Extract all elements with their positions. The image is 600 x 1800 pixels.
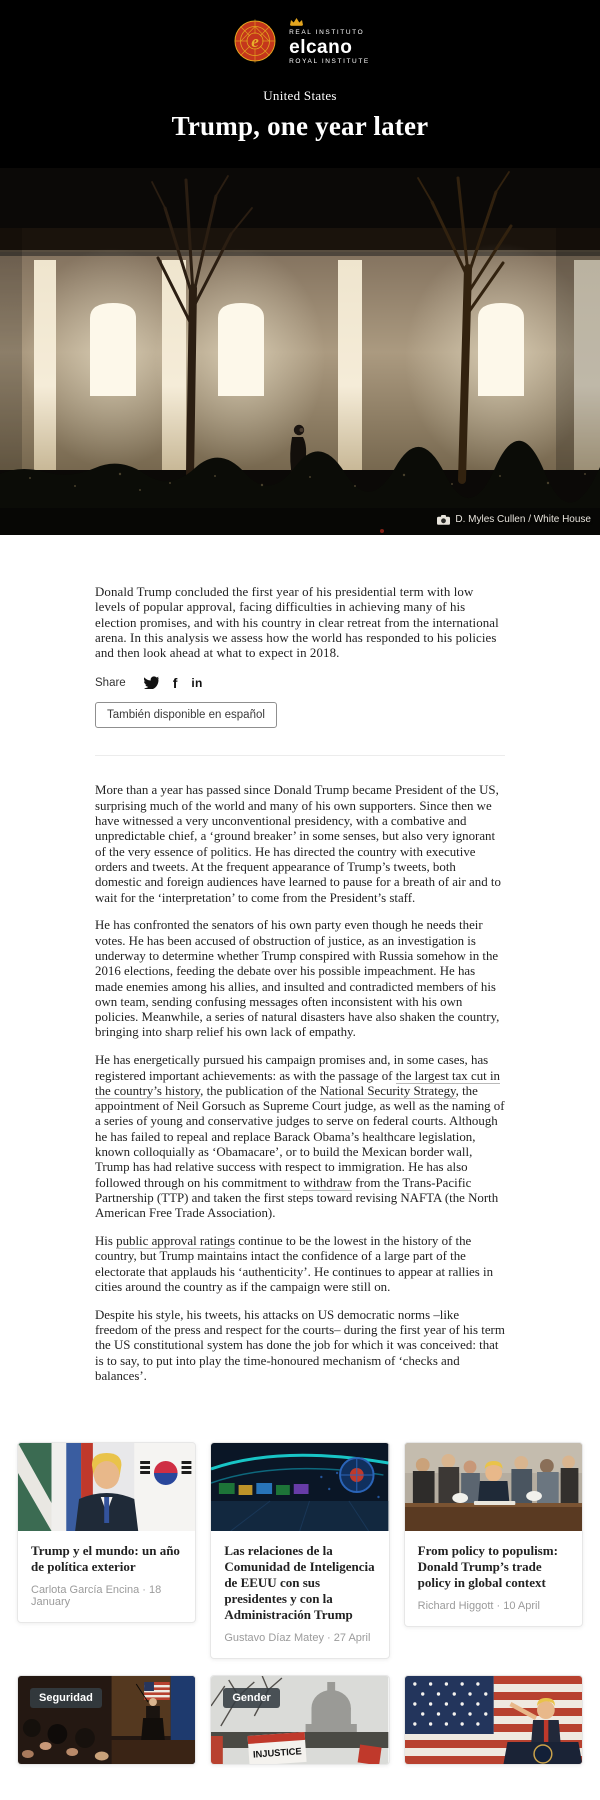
card-image-ops-center [211, 1443, 388, 1531]
svg-text:e: e [251, 32, 259, 51]
card-byline: Richard Higgott · 10 April [418, 1600, 569, 1612]
elcano-seal-icon: e [230, 16, 280, 66]
white-house-colonnade-photo [0, 168, 600, 535]
article-body: More than a year has passed since Donald… [95, 783, 505, 1384]
photo-credit: D. Myles Cullen / White House [437, 514, 591, 525]
related-articles-row-1: Trump y el mundo: un año de política ext… [17, 1442, 583, 1659]
article-intro: Donald Trump concluded the first year of… [95, 585, 505, 661]
share-row: Share f in [95, 676, 505, 689]
article-paragraph: His public approval ratings continue to … [95, 1234, 505, 1295]
card-title: Las relaciones de la Comunidad de Inteli… [224, 1543, 375, 1623]
logo-real-instituto: REAL INSTITUTO [289, 30, 364, 37]
card-image-signing-ceremony [405, 1443, 582, 1531]
inline-link[interactable]: National Security Strategy [320, 1084, 456, 1099]
hero-photo: D. Myles Cullen / White House [0, 168, 600, 535]
card-image-trump-flags [18, 1443, 195, 1531]
tag-badge: Seguridad [30, 1688, 102, 1708]
linkedin-icon[interactable]: in [191, 677, 202, 689]
related-card-trade-policy[interactable]: From policy to populism: Donald Trump’s … [404, 1442, 583, 1627]
linkedin-glyph: in [191, 677, 202, 689]
article-paragraph: He has confronted the senators of his ow… [95, 918, 505, 1040]
inline-link[interactable]: public approval ratings [116, 1234, 235, 1249]
card-image-trump-rally-flag [405, 1676, 582, 1764]
article: Donald Trump concluded the first year of… [95, 535, 505, 1384]
language-toggle-button[interactable]: También disponible en español [95, 702, 277, 728]
card-title: Trump y el mundo: un año de política ext… [31, 1543, 182, 1575]
related-articles-row-2: Seguridad INJUSTICE [17, 1675, 583, 1765]
logo-royal-institute: ROYAL INSTITUTE [289, 59, 370, 66]
article-paragraph: Despite his style, his tweets, his attac… [95, 1308, 505, 1384]
article-paragraph: More than a year has passed since Donald… [95, 783, 505, 905]
camera-icon [437, 515, 450, 525]
related-card-intelligence[interactable]: Las relaciones de la Comunidad de Inteli… [210, 1442, 389, 1659]
card-byline: Gustavo Díaz Matey · 27 April [224, 1632, 375, 1644]
photo-credit-text: D. Myles Cullen / White House [455, 514, 591, 525]
related-card-gender[interactable]: INJUSTICE Gender [210, 1675, 389, 1765]
related-card-trump-world[interactable]: Trump y el mundo: un año de política ext… [17, 1442, 196, 1623]
twitter-icon[interactable] [144, 676, 159, 689]
inline-link[interactable]: withdraw [303, 1176, 352, 1191]
article-paragraph: He has energetically pursued his campaig… [95, 1053, 505, 1221]
category-label[interactable]: United States [263, 88, 337, 104]
tag-badge: Gender [223, 1688, 280, 1708]
card-title: From policy to populism: Donald Trump’s … [418, 1543, 569, 1591]
logo-elcano: elcano [289, 38, 352, 57]
elcano-logo[interactable]: e REAL INSTITUTO elcano ROYAL INSTITUTE [230, 16, 370, 66]
facebook-glyph: f [173, 677, 178, 689]
related-card-seguridad[interactable]: Seguridad [17, 1675, 196, 1765]
site-header: e REAL INSTITUTO elcano ROYAL INSTITUTE … [0, 0, 600, 168]
card-byline: Carlota García Encina · 18 January [31, 1584, 182, 1608]
section-divider [95, 755, 505, 756]
facebook-icon[interactable]: f [173, 677, 178, 689]
related-card-rally[interactable] [404, 1675, 583, 1765]
crown-icon [289, 17, 304, 26]
page-title: Trump, one year later [172, 111, 429, 142]
share-label: Share [95, 677, 126, 689]
